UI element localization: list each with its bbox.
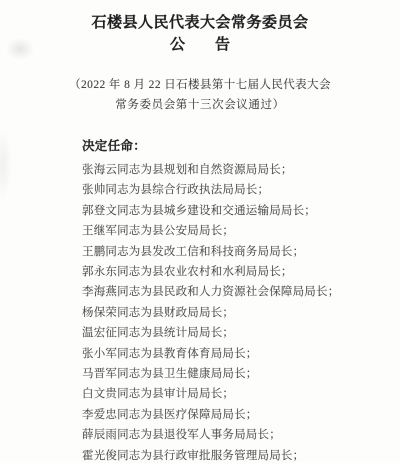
section-heading-appointments: 决定任命： [82,138,400,154]
appointment-list: 张海云同志为县规划和自然资源局局长；张帅同志为县综合行政执法局局长；郭登文同志为… [0,160,400,463]
appointment-line: 李爱忠同志为县医疗保障局局长； [82,405,400,425]
announcement-document: 石楼县人民代表大会常务委员会 公 告 （2022 年 8 月 22 日石楼县第十… [0,0,400,463]
meeting-note-line2: 常务委员会第十三次会议通过） [0,98,400,113]
appointment-line: 郭登文同志为县城乡建设和交通运输局局长； [82,201,400,221]
appointment-line: 杨保荣同志为县财政局局长； [82,303,400,323]
appointment-line: 郭永东同志为县农业农村和水利局局长； [82,262,400,282]
appointment-line: 张帅同志为县综合行政执法局局长； [82,180,400,200]
appointment-line: 王鹏同志为县发改工信和科技商务局局长； [82,242,400,262]
appointment-line: 张海云同志为县规划和自然资源局局长； [82,160,400,180]
appointment-line: 张小军同志为县教育体育局局长； [82,344,400,364]
appointment-line: 薛辰雨同志为县退役军人事务局局长； [82,425,400,445]
document-title-notice: 公 告 [0,35,400,54]
appointment-line: 王继军同志为县公安局局长； [82,221,400,241]
appointment-line: 李海燕同志为县民政和人力资源社会保障局局长； [82,282,400,302]
appointment-line: 白文贵同志为县审计局局长； [82,384,400,404]
appointment-line: 马晋军同志为县卫生健康局局长； [82,364,400,384]
document-title-organization: 石楼县人民代表大会常务委员会 [0,0,400,32]
meeting-note-line1: （2022 年 8 月 22 日石楼县第十七届人民代表大会 [0,78,400,93]
appointment-line: 霍光俊同志为县行政审批服务管理局局长； [82,446,400,463]
appointment-line: 温宏征同志为县统计局局长； [82,323,400,343]
